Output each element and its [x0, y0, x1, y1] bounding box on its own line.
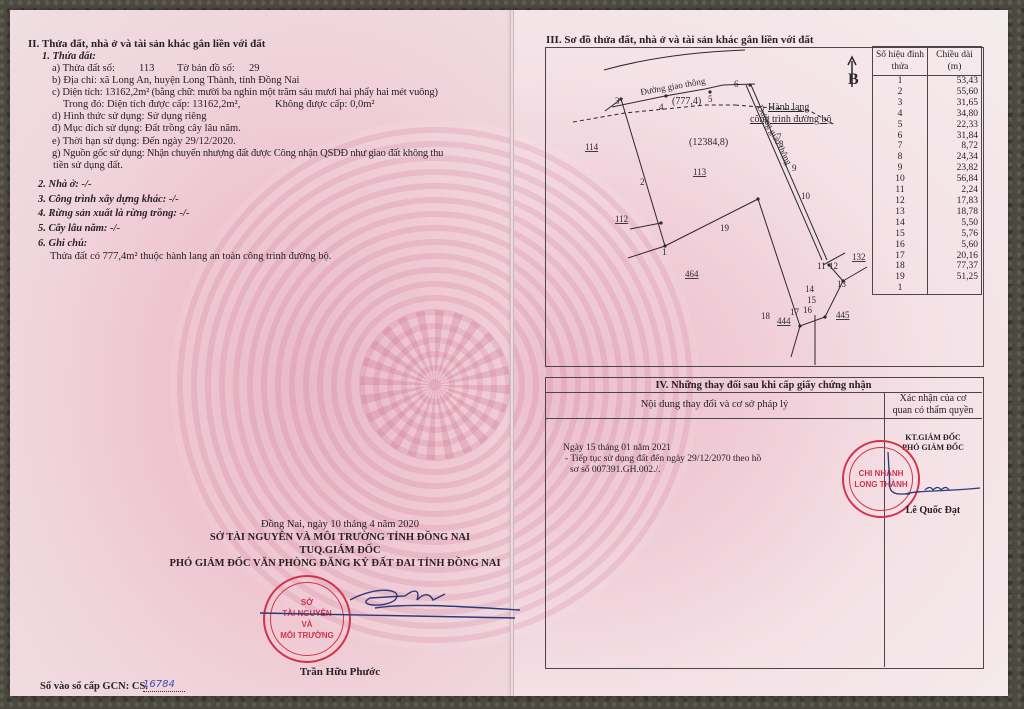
edge-length: 5,60 [928, 240, 982, 251]
map-sheet: 29 [249, 63, 260, 75]
area-granted: Trong đó: Diện tích được cấp: 13162,2m², [63, 99, 240, 111]
table-row: 824,34 [873, 152, 982, 163]
parcel-no: 113 [139, 63, 154, 75]
house-item: 2. Nhà ở: -/- [38, 179, 91, 191]
svg-text:6: 6 [734, 79, 739, 89]
vertex-no: 11 [873, 185, 928, 196]
svg-text:12: 12 [829, 261, 838, 271]
edge-length: 5,50 [928, 218, 982, 229]
edge-length: 31,65 [928, 98, 982, 109]
signing-org: SỞ TÀI NGUYÊN VÀ MÔI TRƯỜNG TỈNH ĐỒNG NA… [150, 532, 530, 544]
edge-length: 22,33 [928, 120, 982, 131]
changes-col2-header-2: quan có thẩm quyền [884, 405, 982, 417]
edge-length: 56,84 [928, 174, 982, 185]
edge-length: 23,82 [928, 163, 982, 174]
parcel-112: 112 [615, 214, 628, 224]
main-area: (12384,8) [689, 137, 728, 148]
land-heading: 1. Thửa đất: [42, 51, 96, 63]
vertex-no: 13 [873, 207, 928, 218]
vertex-no: 6 [873, 131, 928, 142]
perennial-item: 5. Cây lâu năm: -/- [38, 223, 120, 235]
changes-col1-header: Nội dung thay đổi và cơ sở pháp lý [545, 399, 884, 411]
parcel-464: 464 [685, 269, 699, 279]
vertex-no: 1 [873, 76, 928, 87]
svg-text:10: 10 [801, 191, 811, 201]
note-text: Thửa đất có 777,4m² thuộc hành lang an t… [50, 251, 331, 263]
section-iii-title: III. Sơ đồ thửa đất, nhà ở và tài sản kh… [546, 34, 814, 46]
table-row: 1720,16 [873, 251, 982, 262]
parcel-114: 114 [585, 142, 599, 152]
parcel-113: 113 [693, 167, 707, 177]
svg-text:11: 11 [817, 261, 826, 271]
vertex-no: 5 [873, 120, 928, 131]
road-top-label: Đường giao thông [640, 76, 707, 97]
svg-text:18: 18 [761, 311, 771, 321]
table-row: 331,65 [873, 98, 982, 109]
vertex-no: 12 [873, 196, 928, 207]
confirm-signer: Lê Quốc Đạt [884, 505, 982, 517]
edge-length: 24,34 [928, 152, 982, 163]
svg-text:B: B [848, 71, 859, 88]
edge-length: 5,76 [928, 229, 982, 240]
vertex-no: 18 [873, 261, 928, 272]
edge-length: 51,25 [928, 272, 982, 283]
signing-on-behalf: TUQ.GIÁM ĐỐC [150, 545, 530, 557]
svg-text:4: 4 [659, 102, 664, 112]
north-arrow-icon: B [848, 57, 859, 88]
seal-line: MÔI TRƯỜNG [280, 630, 333, 641]
vertex-no: 2 [873, 87, 928, 98]
section-ii-title: II. Thửa đất, nhà ở và tài sản khác gắn … [28, 38, 265, 50]
address: b) Địa chỉ: xã Long An, huyện Long Thành… [52, 75, 299, 87]
table-row: 1056,84 [873, 174, 982, 185]
vertex-no: 15 [873, 229, 928, 240]
edge-length: 77,37 [928, 261, 982, 272]
edge-length: 8,72 [928, 141, 982, 152]
forest-item: 4. Rừng sản xuất là rừng trồng: -/- [38, 208, 189, 220]
parcel-444: 444 [777, 316, 791, 326]
use-purpose: đ) Mục đích sử dụng: Đất trồng cây lâu n… [52, 123, 241, 135]
corridor-label-1: Hành lang [768, 102, 809, 113]
vertex-no: 16 [873, 240, 928, 251]
table-row: 255,60 [873, 87, 982, 98]
other-construction-item: 3. Công trình xây dựng khác: -/- [38, 194, 179, 206]
table-row: 1877,37 [873, 261, 982, 272]
table-row: 1318,78 [873, 207, 982, 218]
table-row: 923,82 [873, 163, 982, 174]
table-row: 434,80 [873, 109, 982, 120]
vertex-no: 19 [873, 272, 928, 283]
changes-col2-header-1: Xác nhận của cơ [884, 393, 982, 405]
vertex-no: 9 [873, 163, 928, 174]
table-row: 1951,25 [873, 272, 982, 283]
svg-text:2: 2 [640, 177, 645, 187]
vertex-length-table: Số hiệu đỉnh thửa Chiều dài (m) 153,4325… [872, 46, 982, 295]
svg-text:5: 5 [708, 94, 713, 104]
svg-text:17: 17 [790, 307, 800, 317]
parcel-diagram: Đường giao thông Đường giao thông (777,4… [545, 47, 875, 365]
change-entry-line2: sơ số 007391.GH.002./. [570, 464, 661, 476]
table-row: 155,76 [873, 229, 982, 240]
area: c) Diện tích: 13162,2m² (bằng chữ: mười … [52, 87, 438, 99]
vertex-no: 14 [873, 218, 928, 229]
svg-text:3: 3 [615, 96, 620, 106]
area-not-granted: Không được cấp: 0,0m² [275, 99, 375, 111]
svg-text:16: 16 [803, 305, 813, 315]
parcel-132: 132 [852, 252, 866, 262]
edge-length: 53,43 [928, 76, 982, 87]
col-vertex-header: Số hiệu đỉnh thửa [873, 47, 928, 76]
vertex-no: 3 [873, 98, 928, 109]
signature-right [880, 450, 985, 510]
edge-length: 31,84 [928, 131, 982, 142]
map-sheet-label: Tờ bản đồ số: [177, 63, 235, 75]
note-heading: 6. Ghi chú: [38, 238, 87, 250]
vertex-no: 10 [873, 174, 928, 185]
changes-title: IV. Những thay đổi sau khi cấp giấy chứn… [545, 380, 982, 392]
parcel-445: 445 [836, 310, 850, 320]
edge-length: 55,60 [928, 87, 982, 98]
changes-frame [545, 377, 984, 669]
svg-text:1: 1 [662, 247, 667, 257]
use-origin-cont: tiền sử dụng đất. [53, 160, 123, 172]
use-origin: g) Nguồn gốc sử dụng: Nhận chuyển nhượng… [52, 148, 443, 160]
vertex-no: 4 [873, 109, 928, 120]
col-length-header: Chiều dài (m) [928, 47, 982, 76]
vertex-no: 7 [873, 141, 928, 152]
registry-label: Số vào sổ cấp GCN: CS. [40, 681, 148, 693]
svg-text:19: 19 [720, 223, 730, 233]
parcel-no-label: a) Thửa đất số: [52, 63, 115, 75]
table-row: 78,72 [873, 141, 982, 152]
edge-length [928, 283, 982, 294]
signature-left [255, 578, 525, 623]
svg-text:8: 8 [779, 139, 784, 149]
edge-length: 17,83 [928, 196, 982, 207]
edge-length: 18,78 [928, 207, 982, 218]
vertex-no: 1 [873, 283, 928, 294]
signing-place-date: Đồng Nai, ngày 10 tháng 4 năm 2020 [170, 519, 510, 531]
table-row: 1 [873, 283, 982, 294]
vertex-no: 17 [873, 251, 928, 262]
corridor-area: (777,4) [672, 96, 701, 107]
registry-number: 16784 [143, 679, 185, 692]
edge-length: 2,24 [928, 185, 982, 196]
svg-text:9: 9 [792, 163, 797, 173]
table-row: 522,33 [873, 120, 982, 131]
table-row: 112,24 [873, 185, 982, 196]
signing-title: PHÓ GIÁM ĐỐC VĂN PHÒNG ĐĂNG KÝ ĐẤT ĐAI T… [130, 558, 540, 570]
table-row: 165,60 [873, 240, 982, 251]
table-row: 1217,83 [873, 196, 982, 207]
table-row: 631,84 [873, 131, 982, 142]
signer-name: Trần Hữu Phước [250, 666, 430, 678]
svg-text:15: 15 [807, 295, 817, 305]
corridor-label-2: công trình đường bộ [750, 114, 832, 125]
table-row: 153,43 [873, 76, 982, 87]
use-form: d) Hình thức sử dụng: Sử dụng riêng [52, 111, 206, 123]
svg-text:14: 14 [805, 284, 815, 294]
svg-text:13: 13 [837, 279, 847, 289]
edge-length: 20,16 [928, 251, 982, 262]
use-term: e) Thời hạn sử dụng: Đến ngày 29/12/2020… [52, 136, 236, 148]
table-row: 145,50 [873, 218, 982, 229]
vertex-no: 8 [873, 152, 928, 163]
edge-length: 34,80 [928, 109, 982, 120]
